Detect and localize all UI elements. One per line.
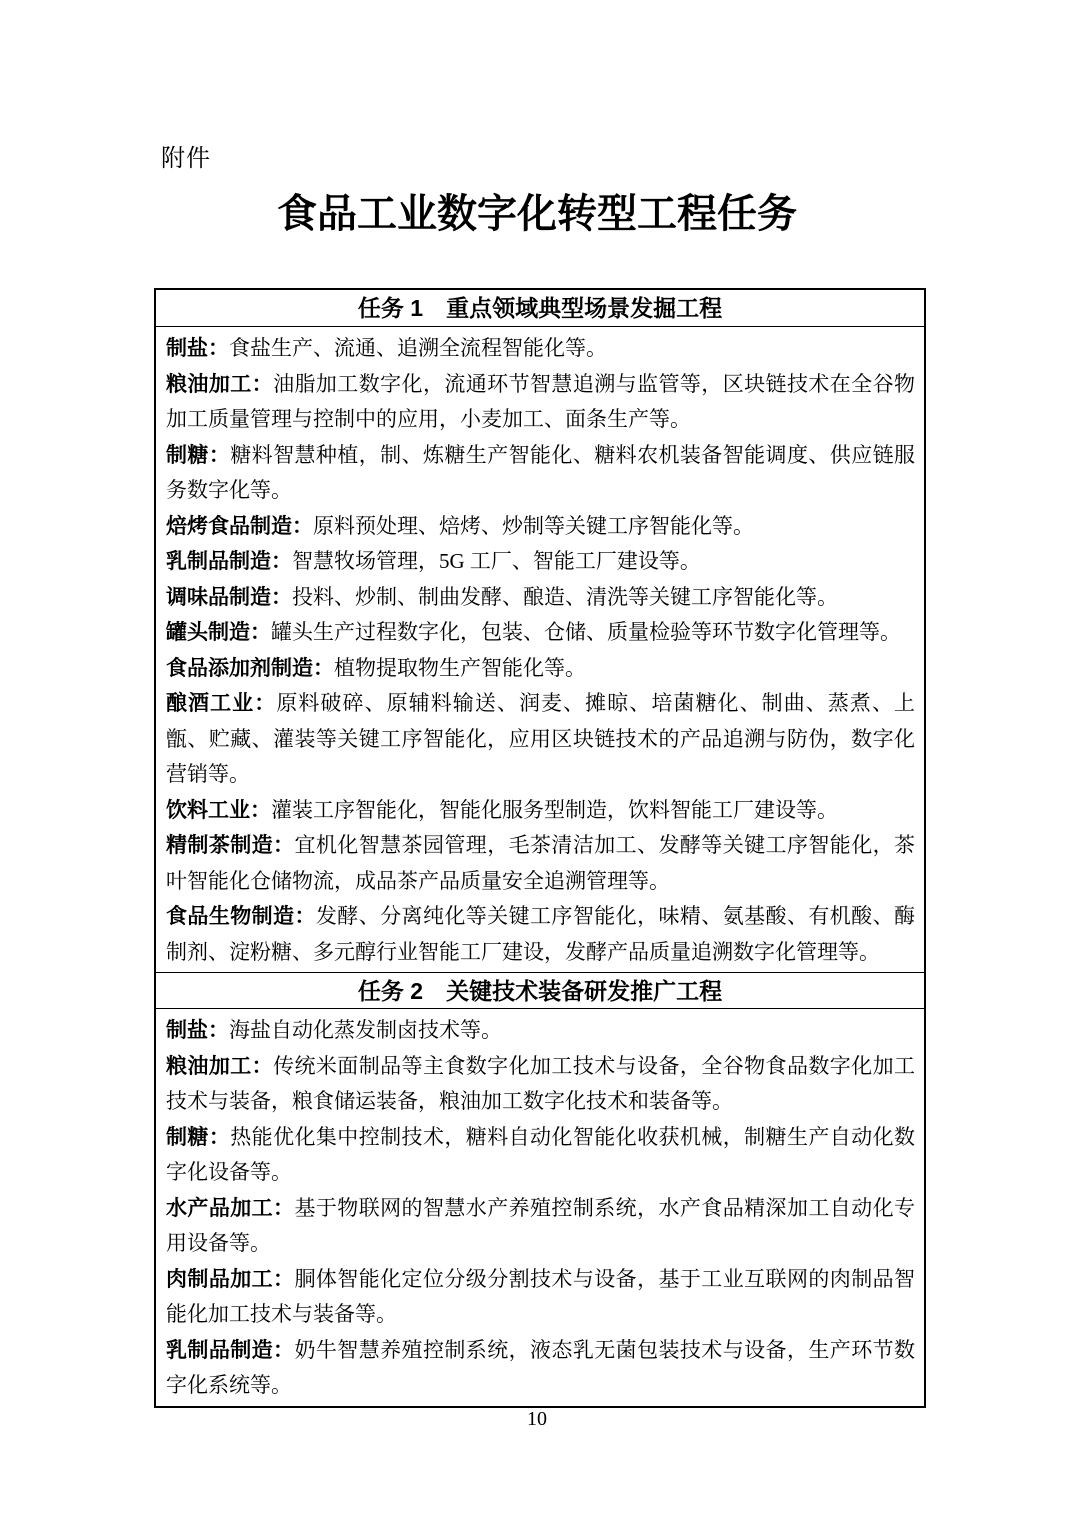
row-label: 饮料工业： xyxy=(166,798,271,822)
row-label: 制糖： xyxy=(166,443,230,467)
row-label: 制糖： xyxy=(166,1125,230,1149)
row-text: 灌装工序智能化，智能化服务型制造，饮料智能工厂建设等。 xyxy=(271,798,838,822)
row-label: 罐头制造： xyxy=(166,620,271,644)
document-page: 附件 食品工业数字化转型工程任务 任务 1 重点领域典型场景发掘工程 制盐：食盐… xyxy=(0,0,1074,1520)
table-row: 乳制品制造：奶牛智慧养殖控制系统，液态乳无菌包装技术与设备，生产环节数字化系统等… xyxy=(166,1333,915,1404)
row-label: 调味品制造： xyxy=(166,585,292,609)
table-row: 饮料工业：灌装工序智能化，智能化服务型制造，饮料智能工厂建设等。 xyxy=(166,793,915,829)
row-text: 原料破碎、原辅料输送、润麦、摊晾、培菌糖化、制曲、蒸煮、上甑、贮藏、灌装等关键工… xyxy=(166,691,915,786)
row-label: 水产品加工： xyxy=(166,1196,294,1220)
section-2-header: 任务 2 关键技术装备研发推广工程 xyxy=(156,972,924,1009)
row-label: 精制茶制造： xyxy=(166,833,294,857)
table-row: 食品添加剂制造：植物提取物生产智能化等。 xyxy=(166,651,915,687)
page-number: 10 xyxy=(0,1408,1074,1431)
row-label: 肉制品加工： xyxy=(166,1267,294,1291)
row-text: 智慧牧场管理，5G 工厂、智能工厂建设等。 xyxy=(292,549,701,573)
table-row: 焙烤食品制造：原料预处理、焙烤、炒制等关键工序智能化等。 xyxy=(166,509,915,545)
section-1-body: 制盐：食盐生产、流通、追溯全流程智能化等。 粮油加工：油脂加工数字化，流通环节智… xyxy=(156,327,924,972)
table-row: 粮油加工：传统米面制品等主食数字化加工技术与设备，全谷物食品数字化加工技术与装备… xyxy=(166,1049,915,1120)
row-text: 植物提取物生产智能化等。 xyxy=(334,656,586,680)
row-text: 传统米面制品等主食数字化加工技术与设备，全谷物食品数字化加工技术与装备，粮食储运… xyxy=(166,1054,915,1114)
row-label: 酿酒工业： xyxy=(166,691,276,715)
page-title: 食品工业数字化转型工程任务 xyxy=(0,182,1074,239)
table-row: 食品生物制造：发酵、分离纯化等关键工序智能化，味精、氨基酸、有机酸、酶制剂、淀粉… xyxy=(166,899,915,970)
row-text: 投料、炒制、制曲发酵、酿造、清洗等关键工序智能化等。 xyxy=(292,585,838,609)
table-row: 调味品制造：投料、炒制、制曲发酵、酿造、清洗等关键工序智能化等。 xyxy=(166,580,915,616)
row-text: 油脂加工数字化，流通环节智慧追溯与监管等，区块链技术在全谷物加工质量管理与控制中… xyxy=(166,372,915,432)
table-row: 酿酒工业：原料破碎、原辅料输送、润麦、摊晾、培菌糖化、制曲、蒸煮、上甑、贮藏、灌… xyxy=(166,686,915,793)
row-text: 原料预处理、焙烤、炒制等关键工序智能化等。 xyxy=(313,514,754,538)
row-text: 罐头生产过程数字化，包装、仓储、质量检验等环节数字化管理等。 xyxy=(271,620,901,644)
table-row: 肉制品加工：胴体智能化定位分级分割技术与设备，基于工业互联网的肉制品智能化加工技… xyxy=(166,1262,915,1333)
row-text: 食盐生产、流通、追溯全流程智能化等。 xyxy=(229,336,607,360)
table-row: 水产品加工：基于物联网的智慧水产养殖控制系统，水产食品精深加工自动化专用设备等。 xyxy=(166,1191,915,1262)
row-text: 海盐自动化蒸发制卤技术等。 xyxy=(229,1018,502,1042)
row-label: 乳制品制造： xyxy=(166,549,292,573)
table-row: 制糖：热能优化集中控制技术，糖料自动化智能化收获机械，制糖生产自动化数字化设备等… xyxy=(166,1120,915,1191)
section-2-body: 制盐：海盐自动化蒸发制卤技术等。 粮油加工：传统米面制品等主食数字化加工技术与设… xyxy=(156,1009,924,1406)
row-label: 焙烤食品制造： xyxy=(166,514,313,538)
table-row: 罐头制造：罐头生产过程数字化，包装、仓储、质量检验等环节数字化管理等。 xyxy=(166,615,915,651)
row-label: 食品生物制造： xyxy=(166,904,316,928)
table-row: 制盐：海盐自动化蒸发制卤技术等。 xyxy=(166,1013,915,1049)
table-row: 粮油加工：油脂加工数字化，流通环节智慧追溯与监管等，区块链技术在全谷物加工质量管… xyxy=(166,367,915,438)
row-text: 糖料智慧种植，制、炼糖生产智能化、糖料农机装备智能调度、供应链服务数字化等。 xyxy=(166,443,915,503)
table-row: 乳制品制造：智慧牧场管理，5G 工厂、智能工厂建设等。 xyxy=(166,544,915,580)
task-table: 任务 1 重点领域典型场景发掘工程 制盐：食盐生产、流通、追溯全流程智能化等。 … xyxy=(154,288,926,1408)
section-1-header: 任务 1 重点领域典型场景发掘工程 xyxy=(156,290,924,327)
attachment-label: 附件 xyxy=(161,138,211,173)
row-text: 热能优化集中控制技术，糖料自动化智能化收获机械，制糖生产自动化数字化设备等。 xyxy=(166,1125,915,1185)
row-label: 制盐： xyxy=(166,1018,229,1042)
row-label: 粮油加工： xyxy=(166,372,273,396)
row-label: 食品添加剂制造： xyxy=(166,656,334,680)
table-row: 制盐：食盐生产、流通、追溯全流程智能化等。 xyxy=(166,331,915,367)
row-label: 乳制品制造： xyxy=(166,1338,294,1362)
row-label: 粮油加工： xyxy=(166,1054,273,1078)
table-row: 精制茶制造：宜机化智慧茶园管理，毛茶清洁加工、发酵等关键工序智能化，茶叶智能化仓… xyxy=(166,828,915,899)
table-row: 制糖：糖料智慧种植，制、炼糖生产智能化、糖料农机装备智能调度、供应链服务数字化等… xyxy=(166,438,915,509)
row-label: 制盐： xyxy=(166,336,229,360)
